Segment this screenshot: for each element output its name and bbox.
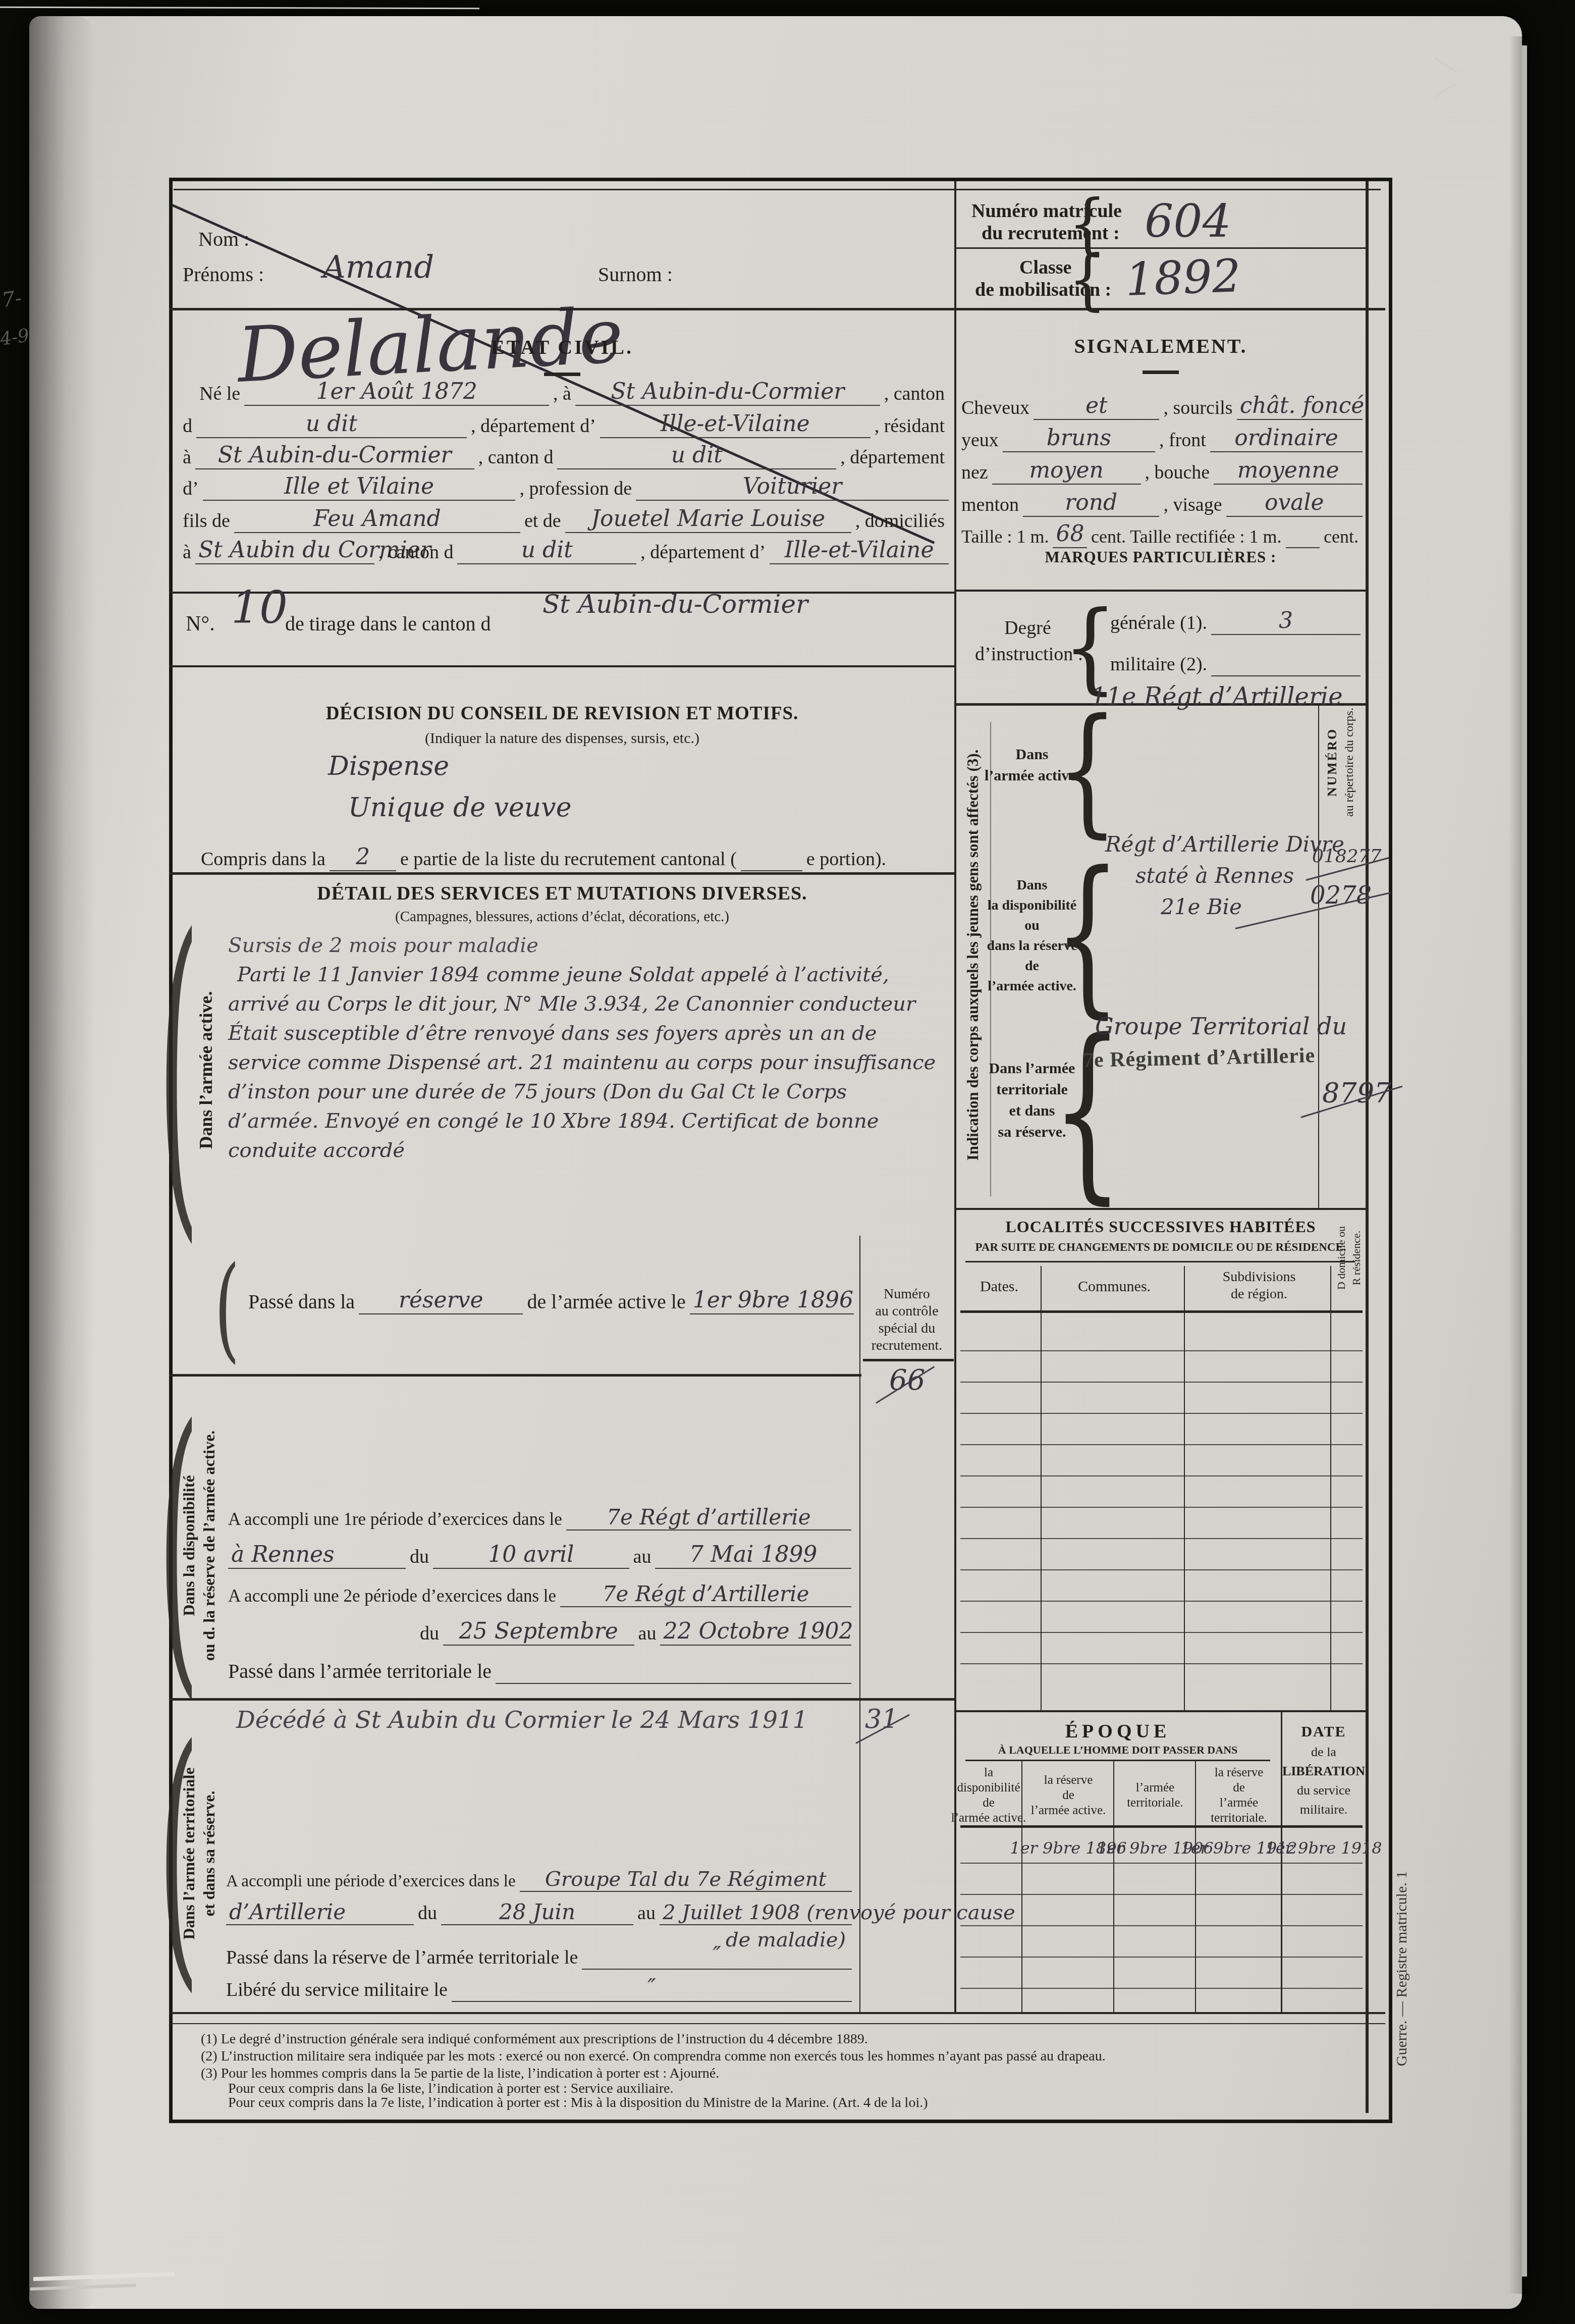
paren-decoration: (: [158, 896, 199, 1244]
epoque-title: ÉPOQUE: [1065, 1720, 1170, 1742]
corps-dispo-value: 21e Bie: [1161, 894, 1242, 919]
matricule-value: 604: [1145, 195, 1231, 248]
classe-value: 1892: [1124, 249, 1242, 306]
column-rule: [990, 722, 991, 1196]
table-row-rule: [960, 1957, 1363, 1958]
table-header-rule: [960, 1310, 1363, 1313]
epoque-col-header: la: [984, 1766, 993, 1780]
table-col-rule: [1184, 1266, 1185, 1710]
civil-line-canton: du dit, département d’Ille-et-Vilaine, r…: [183, 410, 949, 438]
surnom-label: Surnom :: [598, 262, 673, 286]
services-entry: Sursis de 2 mois pour maladie: [228, 934, 538, 957]
repertoire-header: au répertoire du corps.: [1343, 708, 1356, 817]
table-row-rule: [960, 1569, 1363, 1570]
field-value: 68: [1053, 521, 1087, 548]
localites-title: LOCALITÉS SUCCESSIVES HABITÉES: [1005, 1218, 1316, 1236]
field-value: et: [1034, 393, 1159, 420]
etat-civil-title: ÉTAT CIVIL.: [491, 335, 633, 359]
paren-decoration: (: [214, 1252, 240, 1365]
taille-line: Taille : 1 m.68cent. Taille rectifiée : …: [961, 522, 1363, 548]
box-rule: [954, 1208, 1367, 1210]
field-label: Passé dans l’armée territoriale le: [228, 1659, 496, 1684]
passe-reserve-terr-line: Passé dans la réserve de l’armée territo…: [226, 1941, 852, 1970]
territoriale-side-label: Dans l’armée territoriale: [180, 1767, 198, 1939]
field-label: Taille : 1 m.: [961, 526, 1053, 548]
civil-line-parents: fils deFeu Amandet deJouetel Marie Louis…: [183, 505, 949, 533]
epoque-col-header: l’armée: [1136, 1781, 1174, 1795]
decision-motif: Dispense: [328, 751, 449, 781]
footnote: Pour ceux compris dans la 7e liste, l’in…: [228, 2095, 928, 2111]
table-row-rule: [960, 1507, 1363, 1508]
field-value: [1211, 675, 1361, 676]
field-value: u dit: [196, 411, 467, 438]
field-value: St Aubin du Cormier: [195, 538, 374, 564]
nom-label: Nom :: [198, 227, 249, 251]
field-label: Passé dans la: [248, 1290, 359, 1314]
field-label: Compris dans la: [201, 848, 330, 871]
register-side-caption: Guerre. — Registre matricule. 1: [1393, 1871, 1410, 2067]
field-value: 7e Régt d’artillerie: [566, 1505, 851, 1530]
epoque-col-header: de: [1233, 1781, 1245, 1795]
localites-col-header: de région.: [1231, 1286, 1287, 1302]
tirage-canton-value: St Aubin-du-Cormier: [542, 590, 808, 619]
field-value: 2 Juillet 1908 (renvoyé pour cause: [660, 1901, 852, 1925]
title-rule: [1143, 371, 1179, 374]
ornament-rule: [965, 1760, 1270, 1761]
field-label: , département: [836, 446, 949, 469]
register-scan: 7- 4-9 Nom : Delalande Prénoms : Amand S…: [0, 0, 1575, 2324]
section-rule: [169, 1698, 955, 1701]
field-value: 25 Septembre: [443, 1619, 634, 1646]
disponibilite-side-label: ou d. la réserve de l’armée active.: [200, 1431, 219, 1661]
rule: [955, 247, 1367, 249]
epoque-col-header: territoriale.: [1127, 1796, 1183, 1810]
signalement-line: mentonrond, visageovale: [961, 490, 1363, 517]
table-row-rule: [960, 1350, 1363, 1351]
field-value: chât. foncé: [1237, 393, 1363, 420]
field-value: St Aubin-du-Cormier: [575, 379, 880, 406]
margin-note: 4-9: [0, 325, 31, 350]
section-rule: [169, 872, 955, 875]
periode1-dates-line: à Rennesdu10 avrilau7 Mai 1899: [228, 1539, 851, 1569]
table-row-rule: [960, 1925, 1363, 1926]
field-label: cent. Taille rectifiée : 1 m.: [1087, 526, 1286, 548]
services-entry: service comme Dispensé art. 21 maintenu …: [228, 1051, 936, 1074]
footnote: (3) Pour les hommes compris dans la 5e p…: [201, 2066, 719, 2082]
services-entry: d’inston pour une durée de 75 jours (Don…: [228, 1080, 847, 1103]
controle-header: spécial du: [879, 1321, 936, 1337]
field-value: Jouetel Marie Louise: [565, 506, 851, 533]
field-label: fils de: [183, 510, 234, 533]
field-label: , profession de: [515, 478, 636, 501]
field-label: , bouche: [1141, 461, 1214, 485]
marques-label: MARQUES PARTICULIÈRES :: [1045, 548, 1277, 566]
periode-terr-dates-line: d’Artilleriedu28 Juinau2 Juillet 1908 (r…: [226, 1896, 852, 1925]
decision-subtitle: (Indiquer la nature des dispenses, sursi…: [425, 730, 699, 747]
epoque-col-header: l’armée active.: [951, 1811, 1026, 1825]
title-rule: [544, 373, 580, 376]
table-row-rule: [960, 1444, 1363, 1445]
section-rule: [169, 1374, 861, 1377]
field-value: Feu Amand: [234, 506, 520, 533]
field-value: à Rennes: [228, 1542, 406, 1569]
field-value: rond: [1023, 490, 1159, 517]
corps-dispo-value: staté à Rennes: [1135, 863, 1294, 888]
signalement-line: yeuxbruns, frontordinaire: [961, 425, 1363, 452]
localites-col-header: Subdivisions: [1223, 1269, 1296, 1285]
field-value: ″: [582, 1943, 852, 1970]
corps-active-value: 11e Régt d’Artillerie: [1091, 682, 1343, 711]
field-label: menton: [961, 494, 1023, 517]
periode2-line: A accompli une 2e période d’exercices da…: [228, 1577, 851, 1607]
epoque-col-header: la réserve: [1044, 1773, 1093, 1787]
inner-right-rule: [1366, 181, 1369, 2113]
corps-dispo-label: Dans: [1017, 877, 1048, 893]
field-label: du: [416, 1622, 443, 1646]
corps-dispo-value: Régt d’Artillerie Divre: [1105, 832, 1344, 857]
column-divider: [954, 181, 956, 2013]
controle-header: au contrôle: [875, 1303, 938, 1319]
box-rule: [954, 1710, 1367, 1712]
corps-active-label: Dans: [1015, 746, 1048, 763]
table-row-rule: [960, 1863, 1363, 1864]
field-value: 22 Octobre 1902: [660, 1619, 851, 1646]
field-value: 28 Juin: [441, 1900, 633, 1925]
repertoire-number: 018277: [1312, 846, 1381, 867]
field-value: St Aubin-du-Cormier: [195, 443, 474, 469]
controle-header: recrutement.: [872, 1338, 943, 1354]
rule: [863, 1359, 954, 1361]
box-rule: [954, 590, 1367, 592]
table-row-rule: [960, 1538, 1363, 1539]
table-row-rule: [960, 1988, 1363, 1989]
epoque-col-header: territoriale.: [1211, 1811, 1267, 1825]
corps-dispo-label: ou: [1024, 918, 1040, 934]
territoriale-side-label: et dans sa réserve.: [200, 1791, 219, 1917]
field-value: d’Artillerie: [226, 1900, 414, 1925]
field-label: , canton d: [474, 446, 558, 469]
brace-decoration: {: [1057, 700, 1118, 839]
epoque-date-header: du service: [1297, 1783, 1350, 1798]
field-value: ″: [452, 1975, 852, 2002]
epoque-date-header: DATE: [1301, 1723, 1346, 1740]
table-row-rule: [960, 1382, 1363, 1383]
field-value: Ille-et-Vilaine: [600, 411, 871, 438]
corps-side-caption: Indication des corps auxquels les jeunes…: [964, 750, 982, 1161]
services-entry: Parti le 11 Janvier 1894 comme jeune Sol…: [237, 963, 889, 986]
repertoire-number: 0278: [1310, 881, 1372, 910]
field-value: réserve: [359, 1288, 523, 1314]
scan-scratch-line: [0, 7, 479, 9]
epoque-col-header: l’armée: [1220, 1796, 1258, 1810]
field-label: du: [406, 1546, 433, 1569]
field-label: yeux: [961, 429, 1003, 452]
controle-header: Numéro: [884, 1286, 930, 1302]
corps-terr-label: et dans: [1009, 1102, 1055, 1120]
field-label: cent.: [1320, 526, 1363, 548]
field-label: A accompli une 1re période d’exercices d…: [228, 1509, 566, 1530]
epoque-date-header: militaire.: [1300, 1802, 1348, 1817]
brace-decoration: {: [1063, 598, 1117, 697]
section-rule: [169, 308, 1385, 310]
field-value: ordinaire: [1210, 426, 1363, 452]
field-label: militaire (2).: [1110, 653, 1211, 676]
epoque-col-header: de: [1062, 1788, 1074, 1803]
services-side-label: Dans l’armée active.: [195, 991, 216, 1149]
field-value: u dit: [557, 443, 836, 469]
field-label: et de: [520, 510, 565, 533]
table-col-rule: [1330, 1266, 1331, 1710]
field-value: Groupe Tal du 7e Régiment: [520, 1868, 852, 1892]
field-value: 2: [330, 844, 396, 871]
field-value: 1er Août 1872: [244, 379, 549, 406]
decision-title: DÉCISION DU CONSEIL DE REVISION ET MOTIF…: [326, 703, 799, 724]
field-label: , département d’: [636, 541, 770, 564]
field-value: ovale: [1226, 490, 1363, 517]
footnote: (1) Le degré d’instruction générale sera…: [201, 2031, 868, 2047]
table-col-rule: [1021, 1760, 1022, 2012]
epoque-date-header: de la: [1311, 1745, 1336, 1760]
deces-entry: Décédé à St Aubin du Cormier le 24 Mars …: [236, 1706, 808, 1734]
field-value: moyenne: [1214, 458, 1363, 485]
brace-decoration: {: [1052, 1015, 1124, 1206]
services-entry: arrivé au Corps le dit jour, N° Mle 3.93…: [228, 992, 915, 1016]
field-label: e partie de la liste du recrutement cant…: [396, 848, 741, 871]
field-value: 1er 9bre 1896: [690, 1288, 854, 1314]
table-col-rule: [1113, 1760, 1114, 2012]
civil-line-profession: d’Ille et Vilaine, profession deVoiturie…: [183, 472, 949, 501]
column-rule: [1318, 706, 1319, 1208]
tirage-text: de tirage dans le canton d: [285, 612, 491, 636]
field-value: bruns: [1003, 426, 1155, 452]
field-label: , département d’: [467, 415, 600, 438]
degre-militaire-line: militaire (2).: [1110, 650, 1361, 676]
services-subtitle: (Campagnes, blessures, actions d’éclat, …: [395, 909, 729, 925]
field-value: moyen: [992, 458, 1141, 485]
field-label: au: [634, 1622, 661, 1646]
table-header-rule: [960, 1825, 1363, 1828]
ornament-rule: [965, 1261, 1355, 1262]
table-col-rule: [1041, 1266, 1042, 1710]
epoque-col-header: de: [983, 1796, 995, 1810]
periode-terr-line: A accompli une période d’exercices dans …: [226, 1864, 852, 1892]
field-label: A accompli une période d’exercices dans …: [226, 1872, 520, 1892]
brace-decoration: {: [1054, 850, 1121, 1020]
field-label: de l’armée active le: [523, 1290, 689, 1314]
civil-line-residence: àSt Aubin-du-Cormier, canton du dit, dép…: [183, 441, 949, 469]
epoque-value: 1er 9bre 1918: [1265, 1838, 1382, 1858]
services-title: DÉTAIL DES SERVICES ET MUTATIONS DIVERSE…: [317, 882, 807, 905]
prenoms-label: Prénoms :: [183, 262, 264, 286]
epoque-col-header: la réserve: [1215, 1766, 1263, 1780]
services-entry: Était susceptible d’être renvoyé dans se…: [228, 1022, 877, 1045]
table-row-rule: [960, 1894, 1363, 1895]
degre-generale-line: générale (1).3: [1110, 609, 1361, 635]
repertoire-header: NUMÉRO: [1325, 728, 1340, 797]
corps-terr-value: Groupe Territorial du: [1095, 1013, 1347, 1040]
field-label: d’: [183, 478, 203, 501]
degre-label: Degré: [1004, 617, 1051, 639]
field-label: , domiciliés: [851, 510, 949, 533]
libere-line: Libéré du service militaire le″: [226, 1974, 852, 2002]
field-label: , canton: [880, 383, 949, 406]
periode1-line: A accompli une 1re période d’exercices d…: [228, 1500, 851, 1530]
field-label: du: [414, 1902, 441, 1925]
field-label: au: [629, 1546, 656, 1569]
compris-line: Compris dans la2e partie de la liste du …: [201, 842, 892, 871]
field-label: e portion).: [802, 848, 890, 871]
periode2-dates-line: du25 Septembreau22 Octobre 1902: [228, 1615, 851, 1646]
section-rule: [169, 665, 955, 667]
signalement-line: nezmoyen, bouchemoyenne: [961, 457, 1363, 485]
passe-territoriale-line: Passé dans l’armée territoriale le: [228, 1655, 851, 1684]
civil-line-domicile: àSt Aubin du Cormier, canton du dit, dép…: [183, 536, 949, 564]
field-label: , visage: [1159, 494, 1226, 517]
field-label: , sourcils: [1159, 397, 1236, 420]
decision-motif: Unique de veuve: [348, 793, 571, 823]
field-value: [741, 870, 802, 871]
civil-line-birth: Né le1er Août 1872, àSt Aubin-du-Cormier…: [199, 378, 949, 406]
localites-subtitle: PAR SUITE DE CHANGEMENTS DE DOMICILE OU …: [975, 1241, 1346, 1254]
footer-rule: [169, 2012, 1385, 2014]
table-row-rule: [960, 1663, 1363, 1664]
reserve-passage-line: Passé dans laréservede l’armée active le…: [248, 1282, 854, 1314]
field-value: 10 avril: [433, 1542, 629, 1569]
field-value: 7 Mai 1899: [655, 1542, 851, 1569]
page-edge-strip: [1522, 45, 1527, 2277]
corps-dispo-label: de: [1025, 958, 1039, 974]
field-label: au: [633, 1902, 660, 1925]
field-value: Voiturier: [636, 474, 949, 501]
field-value: Ille-et-Vilaine: [770, 538, 949, 564]
field-value: [1286, 547, 1320, 548]
field-label: , front: [1155, 429, 1210, 452]
tirage-no-label: N°.: [186, 612, 215, 636]
footer-rule: [169, 2023, 1385, 2024]
field-label: , à: [549, 383, 575, 406]
table-col-rule: [1195, 1760, 1196, 2012]
corps-terr-stamp: 7e Régiment d’Artillerie: [1083, 1043, 1316, 1073]
tirage-no-value: 10: [231, 582, 288, 633]
margin-note: 7-: [1, 287, 23, 312]
field-value: Ille et Vilaine: [203, 474, 516, 501]
field-label: Cheveux: [961, 397, 1034, 420]
brace-decoration: {: [1068, 247, 1107, 313]
signalement-line: Cheveuxet, sourcilschât. foncé: [961, 393, 1363, 420]
field-label: générale (1).: [1110, 612, 1211, 635]
signalement-title: SIGNALEMENT.: [1074, 334, 1247, 358]
epoque-col-header: disponibilité: [957, 1781, 1020, 1795]
field-label: , résidant: [871, 415, 949, 438]
table-row-rule: [960, 1632, 1363, 1633]
field-label: , canton d: [374, 541, 458, 564]
epoque-date-header: LIBÉRATION: [1282, 1764, 1365, 1779]
table-row-rule: [960, 1413, 1363, 1414]
localites-dr-header: D domicile ou: [1335, 1226, 1348, 1290]
prenoms-value: Amand: [323, 248, 434, 285]
field-label: à: [183, 446, 195, 469]
table-col-rule: [1281, 1712, 1282, 2012]
classe-label: Classe: [1019, 256, 1071, 279]
column-rule: [859, 1236, 860, 2013]
localites-dr-header: R résidence.: [1350, 1231, 1363, 1286]
field-label: à: [183, 541, 195, 564]
field-value: [496, 1683, 851, 1684]
epoque-subtitle: À LAQUELLE L’HOMME DOIT PASSER DANS: [998, 1744, 1238, 1757]
field-label: Passé dans la réserve de l’armée territo…: [226, 1946, 582, 1970]
localites-col-header: Dates.: [980, 1278, 1018, 1295]
field-value: u dit: [457, 538, 636, 564]
localites-col-header: Communes.: [1078, 1278, 1151, 1295]
table-row-rule: [960, 1475, 1363, 1476]
field-label: A accompli une 2e période d’exercices da…: [228, 1586, 560, 1607]
field-value: 7e Régt d’Artillerie: [560, 1582, 851, 1607]
inner-top-rule: [174, 189, 1381, 190]
table-row-rule: [960, 1601, 1363, 1602]
field-label: d: [183, 415, 196, 438]
field-label: Né le: [199, 383, 244, 406]
field-label: nez: [961, 461, 992, 485]
footnote: (2) L’instruction militaire sera indiqué…: [201, 2048, 1106, 2065]
services-entry: conduite accordé: [228, 1139, 405, 1162]
field-label: Libéré du service militaire le: [226, 1979, 452, 2002]
disponibilite-side-label: Dans la disponibilité: [180, 1475, 198, 1616]
services-entry: d’armée. Envoyé en congé le 10 Xbre 1894…: [228, 1110, 879, 1133]
epoque-col-header: l’armée active.: [1031, 1804, 1106, 1818]
field-value: 3: [1211, 608, 1361, 635]
